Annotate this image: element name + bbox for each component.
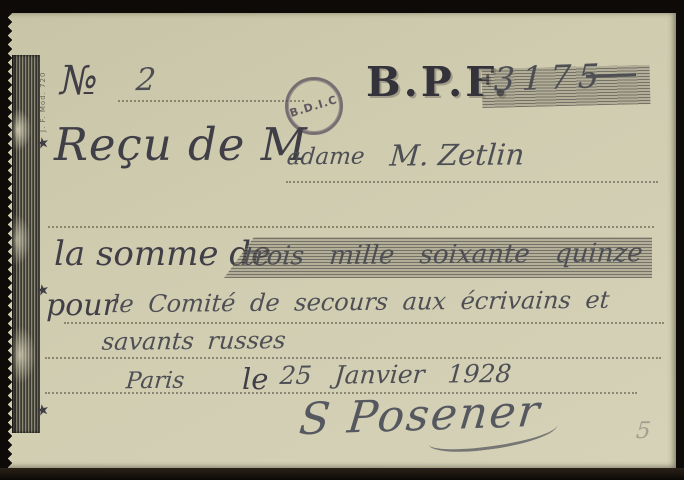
- for-label: pour: [46, 288, 117, 323]
- receipt-number-value: 2: [135, 62, 158, 98]
- dotted-rule: [64, 322, 664, 324]
- purpose-line-2: savants russes: [101, 326, 287, 356]
- purpose-line-1: le Comité de secours aux écrivains et: [111, 286, 611, 318]
- torn-edge: [3, 13, 12, 468]
- handwritten-title-suffix: adame: [286, 144, 366, 171]
- date-label: le: [242, 362, 268, 396]
- stamp-text: B.D.I.C: [289, 93, 340, 120]
- city-value: Paris: [125, 368, 185, 395]
- dotted-rule: [118, 100, 304, 102]
- date-value: 25 Janvier 1928: [279, 359, 513, 390]
- number-label: №: [60, 58, 98, 104]
- dotted-rule: [48, 226, 654, 228]
- dotted-rule: [286, 181, 658, 183]
- payer-name: M. Zetlin: [389, 137, 526, 172]
- scanned-receipt-page: J. F. Mod. 720 ★ ★ ★ № 2 B.D.I.C B.P.F. …: [0, 0, 684, 480]
- printer-mark: J. F. Mod. 720: [39, 60, 47, 132]
- counterfoil-stub-ornament: [12, 55, 40, 433]
- scan-bottom-edge: [0, 468, 684, 480]
- dotted-rule: [45, 357, 661, 359]
- received-from-label: Reçu de M: [54, 118, 308, 171]
- corner-pencil-mark: 5: [635, 418, 652, 444]
- amount-in-words: trois mille soixante quinze: [243, 238, 644, 271]
- scan-right-edge: [676, 40, 684, 480]
